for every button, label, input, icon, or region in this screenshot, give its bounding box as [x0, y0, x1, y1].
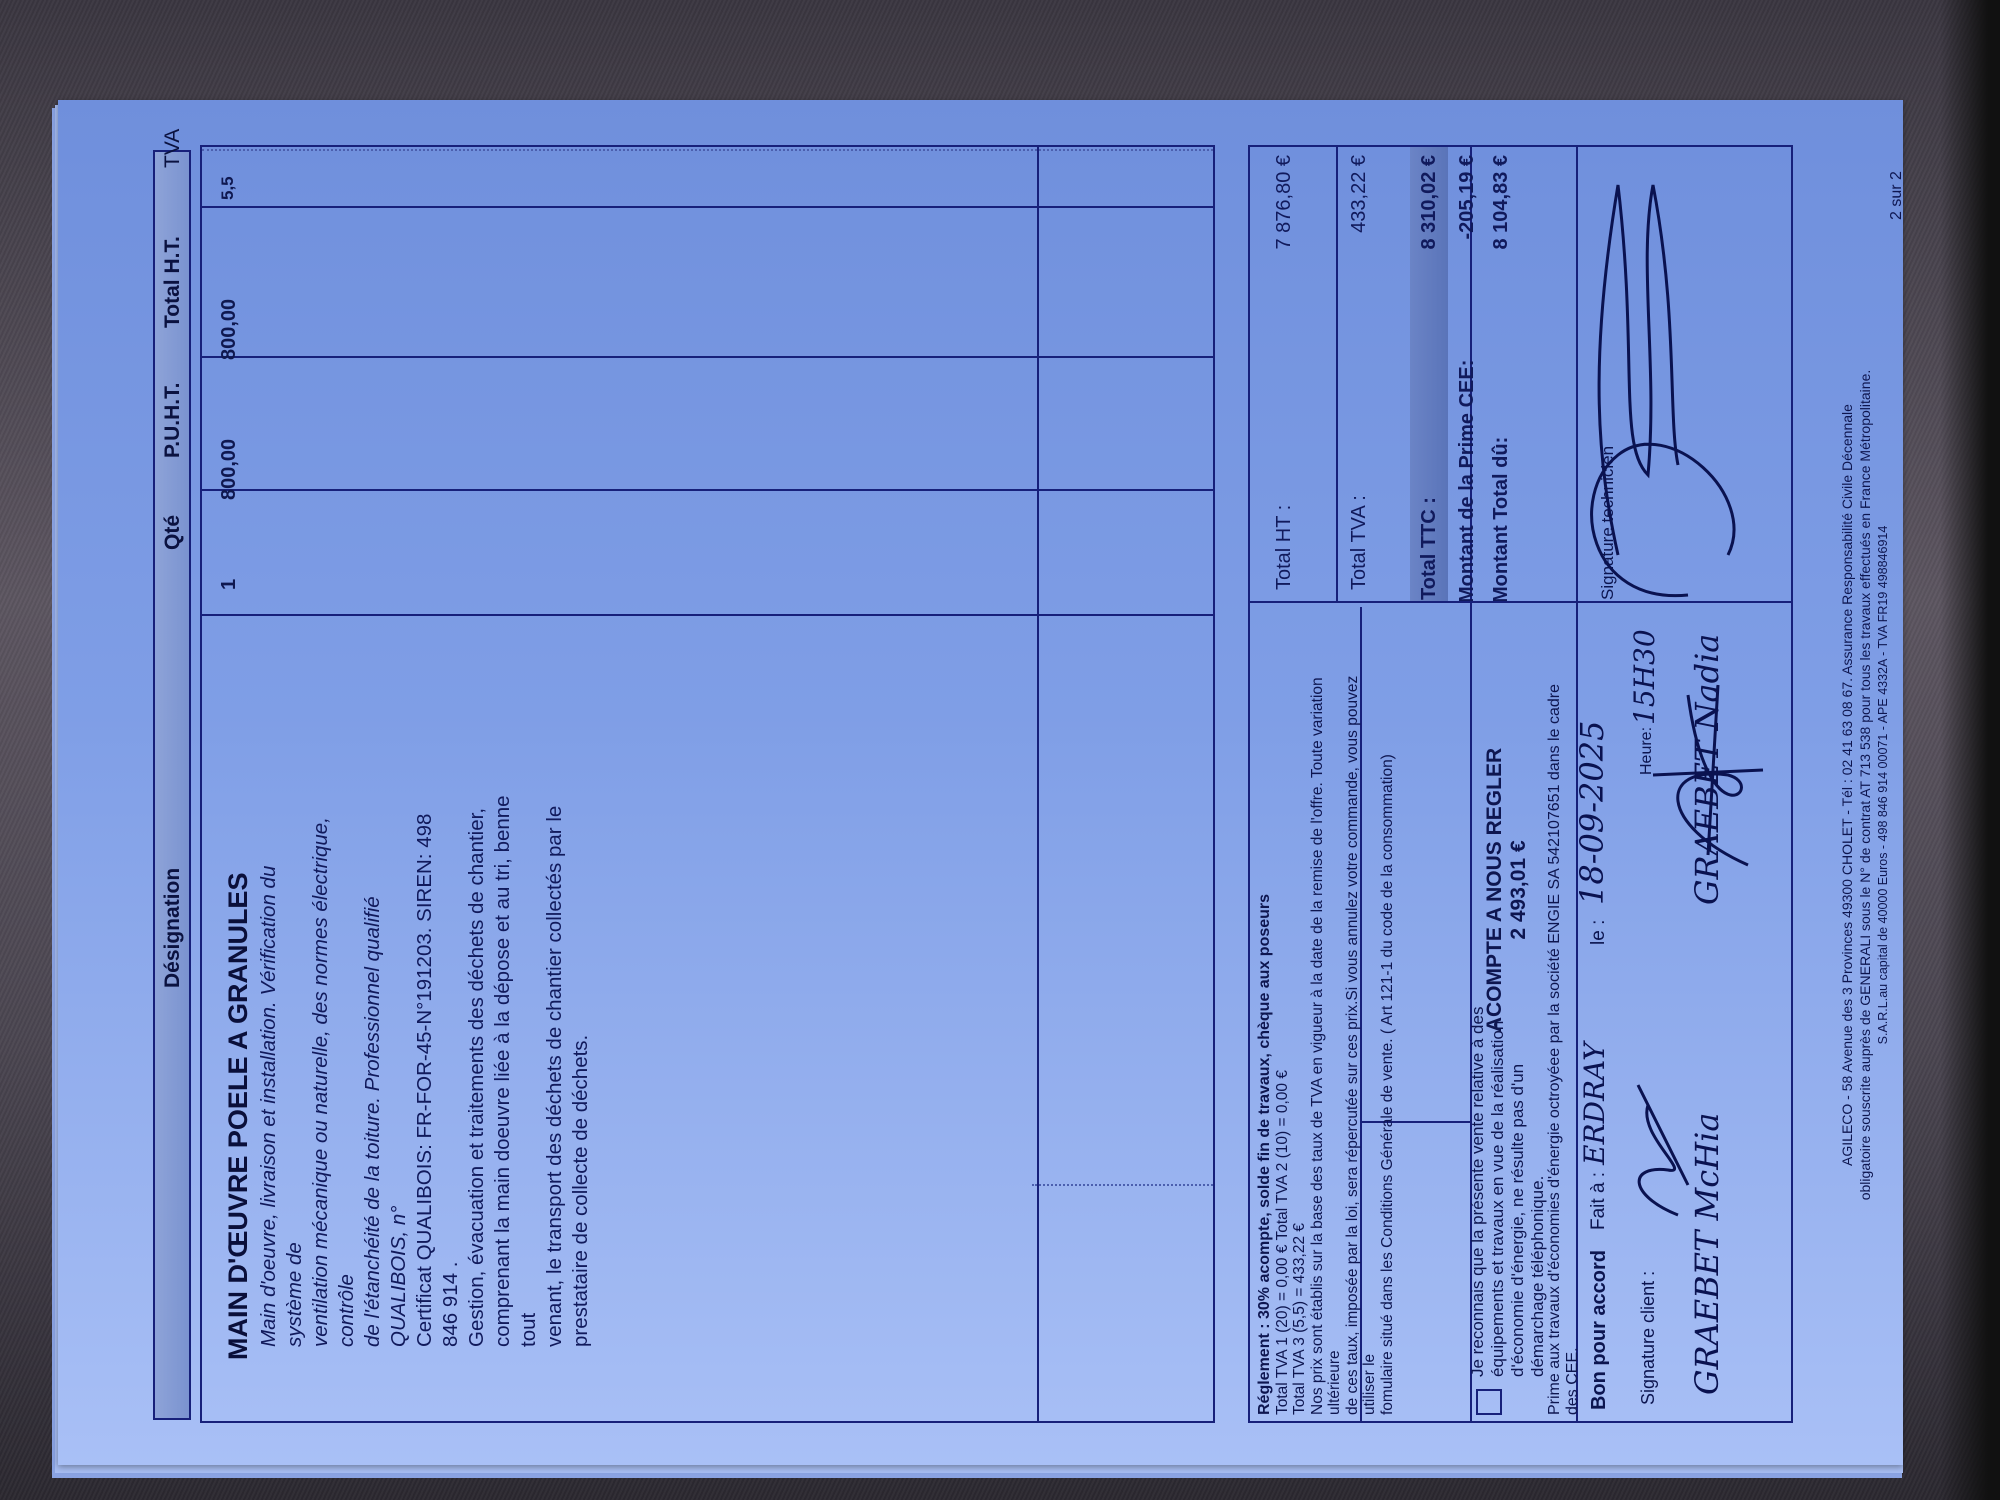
document-page: Désignation Qté P.U.H.T. Total H.T. TVA … — [58, 100, 1903, 1465]
background-shadow — [1940, 0, 2000, 1500]
signature-client-label: Signature client : — [1638, 1271, 1659, 1405]
technician-signature-scribble — [1558, 155, 1778, 615]
total-ttc-value: 8 310,02 € — [1418, 155, 1441, 385]
item-description: Main d'oeuvre, livraison et installation… — [256, 787, 594, 1347]
header-total-ht: Total H.T. — [161, 236, 185, 328]
header-unit-price: P.U.H.T. — [161, 383, 185, 458]
prime-cee-value: -205,19 € — [1456, 155, 1479, 385]
client-signature-scribble — [1618, 1065, 1698, 1225]
total-du-value: 8 104,83 € — [1490, 155, 1513, 385]
total-ttc-label: Total TTC : — [1418, 497, 1441, 600]
le-label: le : — [1588, 920, 1610, 945]
header-qty: Qté — [161, 515, 185, 550]
deposit-label: ACOMPTE A NOUS REGLER — [1483, 660, 1507, 1120]
item-qty: 1 — [218, 579, 241, 590]
bon-pour-accord: Bon pour accord — [1588, 1250, 1611, 1410]
item-tva: 5,5 — [218, 176, 238, 200]
fait-a-value: ERDRAY — [1578, 1042, 1611, 1165]
total-tva-label: Total TVA : — [1348, 495, 1371, 590]
total-ht-value: 7 876,80 € — [1273, 155, 1296, 385]
deposit-block: ACOMPTE A NOUS REGLER 2 493,01 € — [1483, 660, 1531, 1120]
item-unit-price: 800,00 — [218, 439, 241, 500]
page-indicator: 2 sur 2 — [1888, 171, 1903, 220]
total-du-label: Montant Total dû: — [1490, 437, 1513, 603]
payment-terms: Réglement : 30% acompte, solde fin de tr… — [1256, 655, 1396, 1415]
item-title: MAIN D'ŒUVRE POELE A GRANULES — [223, 873, 254, 1360]
fait-a-label: Fait à : — [1588, 1172, 1610, 1230]
total-ht-label: Total HT : — [1273, 505, 1296, 590]
document-photo: Désignation Qté P.U.H.T. Total H.T. TVA … — [58, 100, 1903, 1465]
item-total-ht: 800,00 — [218, 299, 241, 360]
client-signature-scribble-2 — [1648, 665, 1768, 885]
prime-cee-label: Montant de la Prime CEE: — [1456, 360, 1479, 603]
company-footer: AGILECO - 58 Avenue des 3 Provinces 4930… — [1838, 235, 1892, 1335]
header-tva: TVA — [161, 129, 185, 168]
table-header: Désignation Qté P.U.H.T. Total H.T. TVA — [153, 150, 191, 1420]
total-tva-value: 433,22 € — [1348, 155, 1371, 385]
ack-checkbox[interactable] — [1476, 1389, 1502, 1415]
deposit-amount: 2 493,01 € — [1507, 660, 1531, 1120]
date-value: 18-09-2025 — [1573, 721, 1611, 906]
header-designation: Désignation — [161, 868, 185, 988]
